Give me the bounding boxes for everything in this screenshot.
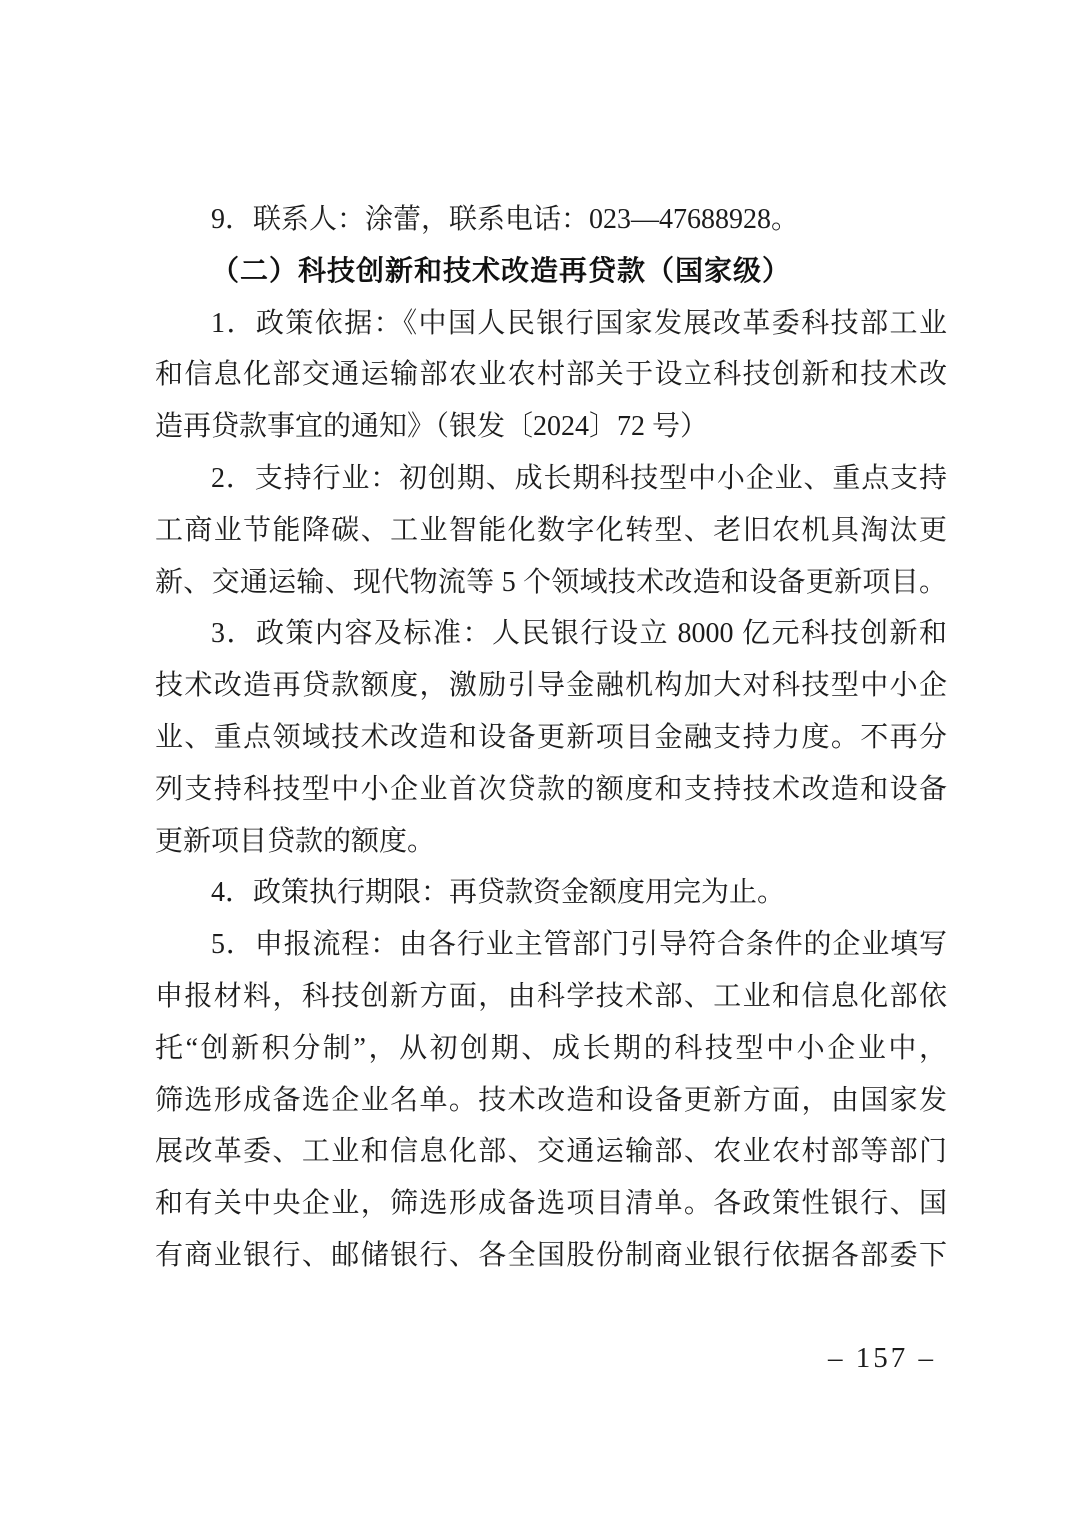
text-line: 4．政策执行期限：再贷款资金额度用完为止。 xyxy=(155,867,947,919)
text-line: 更新项目贷款的额度。 xyxy=(155,816,947,868)
text-line: 申报材料，科技创新方面，由科学技术部、工业和信息化部依 xyxy=(155,971,947,1023)
text-line: 和有关中央企业，筛选形成备选项目清单。各政策性银行、国 xyxy=(155,1178,947,1230)
text-line: 工商业节能降碳、工业智能化数字化转型、老旧农机具淘汰更 xyxy=(155,505,947,557)
text-line: 和信息化部交通运输部农业农村部关于设立科技创新和技术改 xyxy=(155,349,947,401)
text-line: 新、交通运输、现代物流等 5 个领域技术改造和设备更新项目。 xyxy=(155,557,947,609)
text-line: 展改革委、工业和信息化部、交通运输部、农业农村部等部门 xyxy=(155,1126,947,1178)
page-number: – 157 – xyxy=(828,1342,936,1375)
text-line: 业、重点领域技术改造和设备更新项目金融支持力度。不再分 xyxy=(155,712,947,764)
text-line: 技术改造再贷款额度，激励引导金融机构加大对科技型中小企 xyxy=(155,660,947,712)
section-heading: （二）科技创新和技术改造再贷款（国家级） xyxy=(155,246,947,298)
text-line: 造再贷款事宜的通知》（银发〔2024〕72 号） xyxy=(155,401,947,453)
text-line: 托“创新积分制”，从初创期、成长期的科技型中小企业中， xyxy=(155,1023,947,1075)
text-line: 3．政策内容及标准：人民银行设立 8000 亿元科技创新和 xyxy=(155,608,947,660)
text-line-contact: 9．联系人：涂蕾，联系电话：023—47688928。 xyxy=(155,194,947,246)
text-line: 有商业银行、邮储银行、各全国股份制商业银行依据各部委下 xyxy=(155,1230,947,1282)
text-line: 2．支持行业：初创期、成长期科技型中小企业、重点支持 xyxy=(155,453,947,505)
text-line: 筛选形成备选企业名单。技术改造和设备更新方面，由国家发 xyxy=(155,1075,947,1127)
text-line: 列支持科技型中小企业首次贷款的额度和支持技术改造和设备 xyxy=(155,764,947,816)
text-line: 5．申报流程：由各行业主管部门引导符合条件的企业填写 xyxy=(155,919,947,971)
text-line: 1．政策依据：《中国人民银行国家发展改革委科技部工业 xyxy=(155,298,947,350)
document-page: 9．联系人：涂蕾，联系电话：023—47688928。 （二）科技创新和技术改造… xyxy=(0,0,1074,1520)
document-text: 9．联系人：涂蕾，联系电话：023—47688928。 （二）科技创新和技术改造… xyxy=(155,194,947,1282)
